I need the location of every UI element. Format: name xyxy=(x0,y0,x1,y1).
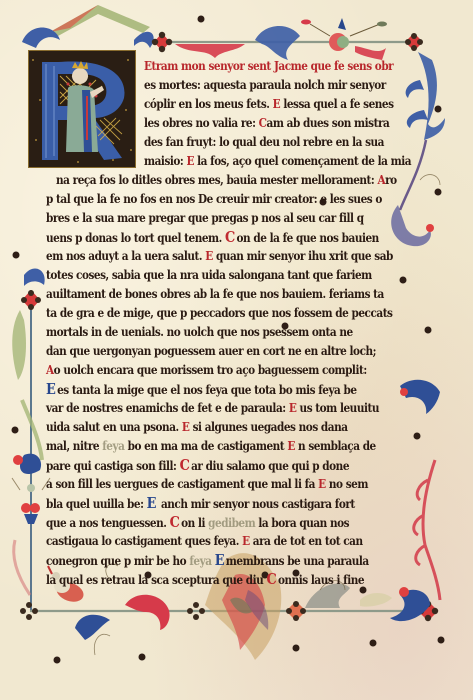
line-text: on de la fe que nos bauien xyxy=(237,231,379,245)
rubric-capital: E xyxy=(289,401,297,415)
paragraph-capital: C xyxy=(170,513,180,532)
text-line-2: es mortes: aquesta paraula nolch mir sen… xyxy=(144,76,386,95)
bottom-blue-leaf-icon xyxy=(75,615,110,640)
text-line-26: castigaua lo castigament ques feya. E ar… xyxy=(46,532,363,551)
left-mid-leaf-icon xyxy=(20,454,41,474)
line-text: ta de gra e de mige, que p peccadors que… xyxy=(46,306,392,320)
top-right-rosette-icon xyxy=(405,33,423,51)
line-text: la bora quan nos xyxy=(255,516,349,530)
line-text: es mortes: aquesta paraula nolch mir sen… xyxy=(144,78,386,92)
text-line-11: em nos aduyt a la uera salut. E quan mir… xyxy=(46,247,393,266)
line-text: o uolch encara que morissem tro aço bagu… xyxy=(54,363,367,377)
line-text: ro xyxy=(385,173,397,187)
line-text: pare qui castiga son fill: xyxy=(46,459,180,473)
paragraph-capital: E xyxy=(147,494,156,513)
rubric-capital: E xyxy=(186,154,194,168)
line-text: Etram mon senyor sent Jacme que fe sens … xyxy=(144,59,393,73)
line-text: no sem xyxy=(326,477,368,491)
right-mid-leaf-icon xyxy=(400,380,440,414)
rubric-capital: A xyxy=(46,363,54,377)
bottom-center-rosette-icon xyxy=(286,601,306,621)
line-text: p tal que la fe no fos en nos De creuir … xyxy=(46,192,382,206)
rubric-capital: E xyxy=(182,420,190,434)
paragraph-capital: E xyxy=(46,380,55,399)
line-text: membrans be una paraula xyxy=(226,554,369,568)
bottom-red-leaf-icon xyxy=(125,595,170,630)
line-text: les obres no valia re: xyxy=(144,116,259,130)
text-line-9: bres e la sua mare pregar que pregas p n… xyxy=(46,209,364,228)
rubric-capital: E xyxy=(205,249,213,263)
text-line-24: bla quel uuilla be: E anch mir senyor no… xyxy=(46,494,355,513)
text-line-15: mortals in de uenials. no uolch que nos … xyxy=(46,323,353,342)
illuminated-initial-r xyxy=(28,40,136,168)
text-line-23: a son fill les uergues de castigament qu… xyxy=(46,475,368,494)
line-text: des fan fruyt: lo qual deu nol rebre en … xyxy=(144,135,384,149)
text-line-4: les obres no valia re: Cam ab dues son m… xyxy=(144,114,389,133)
line-text: la qual es retrau la sca sceptura que di… xyxy=(46,573,266,587)
text-line-28: la qual es retrau la sca sceptura que di… xyxy=(46,570,364,589)
line-text: dan que uergonyan poguessem auer en cort… xyxy=(46,344,376,358)
line-text: on li xyxy=(181,516,208,530)
line-text: uida salut en una psona. xyxy=(46,420,182,434)
line-text: a son fill les uergues de castigament qu… xyxy=(46,477,318,491)
line-text: anch mir senyor nous castigara fort xyxy=(158,497,355,511)
paragraph-capital: E xyxy=(215,551,224,570)
red-berry-icon xyxy=(21,503,31,513)
text-line-16: dan que uergonyan poguessem auer en cort… xyxy=(46,342,376,361)
line-text: ar diu salamo que qui p done xyxy=(191,459,349,473)
line-text: conegron que p mir be ho xyxy=(46,554,189,568)
text-line-17: Ao uolch encara que morissem tro aço bag… xyxy=(46,361,367,380)
text-line-8: p tal que la fe no fos en nos De creuir … xyxy=(46,190,382,209)
line-text: ara de tot en tot can xyxy=(250,534,363,548)
faded-text: feya xyxy=(102,439,124,453)
line-text: auiltament de bones obres ab la fe que n… xyxy=(46,287,384,301)
line-text: castigaua lo castigament ques feya. xyxy=(46,534,242,548)
line-text: us tom leuuitu xyxy=(296,401,379,415)
text-line-27: conegron que p mir be ho feya Emembrans … xyxy=(46,551,369,570)
line-text: maisio: xyxy=(144,154,186,168)
line-text: uens p donas lo tort quel tenem. xyxy=(46,231,225,245)
text-line-20: uida salut en una psona. E si algunes ue… xyxy=(46,418,348,437)
paragraph-capital: C xyxy=(225,228,235,247)
line-text: bo en ma ma de castigament xyxy=(124,439,287,453)
text-line-5: des fan fruyt: lo qual deu nol rebre en … xyxy=(144,133,384,152)
text-line-13: auiltament de bones obres ab la fe que n… xyxy=(46,285,384,304)
line-text: lessa quel a fe senes xyxy=(280,97,393,111)
text-line-3: cóplir en los meus fets. E lessa quel a … xyxy=(144,95,394,114)
line-text: em nos aduyt a la uera salut. xyxy=(46,249,205,263)
text-line-22: pare qui castiga son fill: Car diu salam… xyxy=(46,456,349,475)
right-vine-leaf-icon xyxy=(418,52,445,140)
text-line-21: mal, nitre feya bo en ma ma de castigame… xyxy=(46,437,376,456)
line-text: cóplir en los meus fets. xyxy=(144,97,273,111)
rubric-capital: A xyxy=(377,173,385,187)
pennant-leaf-icon xyxy=(50,5,150,36)
line-text: na reça fos lo ditles obres mes, bauia m… xyxy=(56,173,377,187)
text-line-12: totes coses, sabia que la nra uida salon… xyxy=(46,266,372,285)
faded-text: gedibem xyxy=(208,516,255,530)
faded-text: feya xyxy=(189,554,211,568)
rubric-capital: E xyxy=(242,534,250,548)
paragraph-capital: C xyxy=(180,456,190,475)
top-left-rosette-icon xyxy=(152,32,172,52)
text-line-25: que a nos tenguessen. Con li gedibem la … xyxy=(46,513,349,532)
line-text: bres e la sua mare pregar que pregas p n… xyxy=(46,211,364,225)
text-line-14: ta de gra e de mige, que p peccadors que… xyxy=(46,304,392,323)
line-text: mortals in de uenials. no uolch que nos … xyxy=(46,325,353,339)
line-text: totes coses, sabia que la nra uida salon… xyxy=(46,268,372,282)
line-text: quan mir senyor ihu xrit que sab xyxy=(213,249,393,263)
line-text: mal, nitre xyxy=(46,439,102,453)
text-line-7: na reça fos lo ditles obres mes, bauia m… xyxy=(56,171,397,190)
line-text: si algunes uegades nos dana xyxy=(189,420,347,434)
line-text: am ab dues son mistra xyxy=(267,116,390,130)
left-rosette-icon xyxy=(21,290,41,310)
line-text: onnis laus i fine xyxy=(278,573,364,587)
line-text: bla quel uuilla be: xyxy=(46,497,147,511)
text-line-18: Ees tanta la mige que el nos feya que to… xyxy=(46,380,357,399)
text-line-6: maisio: E la fos, aço quel començament d… xyxy=(144,152,411,171)
manuscript-page: Etram mon senyor sent Jacme que fe sens … xyxy=(0,0,473,700)
line-text: es tanta la mige que el nos feya que tot… xyxy=(57,383,357,397)
line-text: var de nostres enamichs de fet e de para… xyxy=(46,401,289,415)
left-green-leaf-icon xyxy=(12,310,26,380)
text-line-10: uens p donas lo tort quel tenem. Con de … xyxy=(46,228,379,247)
text-line-1: Etram mon senyor sent Jacme que fe sens … xyxy=(144,57,376,76)
text-line-19: var de nostres enamichs de fet e de para… xyxy=(46,399,379,418)
line-text: que a nos tenguessen. xyxy=(46,516,170,530)
bottom-left-rosette-icon xyxy=(20,602,38,620)
left-blue-leaf-icon xyxy=(24,268,45,286)
paragraph-capital: C xyxy=(266,570,276,589)
line-text: la fos, aço quel començament de la mia xyxy=(194,154,411,168)
line-text: n semblaça de xyxy=(295,439,376,453)
red-acanthus-leaf-icon xyxy=(175,44,245,58)
